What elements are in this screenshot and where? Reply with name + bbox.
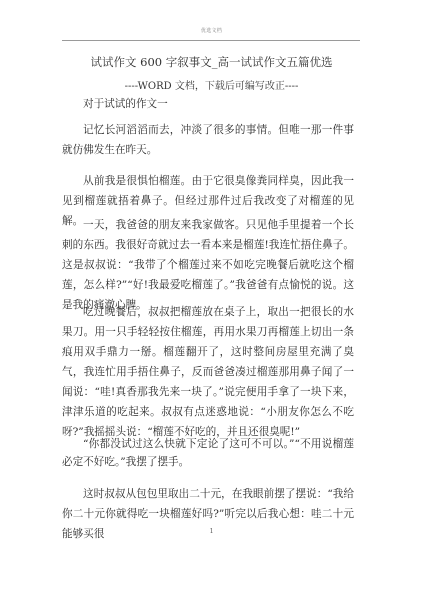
paragraph-3-block: 一天，我爸爸的朋友来我家做客。只见他手里提着一个长刺的东西。我很好奇就过去一看本… — [62, 215, 354, 315]
page-header-label: 优选文档 — [0, 27, 423, 34]
document-subtitle: ----WORD 文档，下载后可编写改正---- — [0, 77, 423, 92]
paragraph: 吃过晚餐后，叔叔把榴莲放在桌子上，取出一把很长的水果刀。用一只手轻轻按住榴莲，再… — [62, 302, 354, 442]
paragraph-6-block: 这时叔叔从包包里取出二十元，在我眼前摆了摆说：“我给你二十元你就得吃一块榴莲好吗… — [62, 484, 354, 544]
paragraph: 记忆长河滔滔而去，冲淡了很多的事情。但唯一那一件事就仿佛发生在昨天。 — [62, 120, 354, 160]
page-number: 1 — [0, 528, 423, 535]
document-page: 优选文档 试试作文 600 字叙事文_高一试试作文五篇优选 ----WORD 文… — [0, 0, 423, 600]
header-divider — [62, 40, 360, 41]
section-heading: 对于试试的作文一 — [83, 96, 168, 111]
paragraph-4-block: 吃过晚餐后，叔叔把榴莲放在桌子上，取出一把很长的水果刀。用一只手轻轻按住榴莲，再… — [62, 302, 354, 442]
paragraph: 一天，我爸爸的朋友来我家做客。只见他手里提着一个长刺的东西。我很好奇就过去一看本… — [62, 215, 354, 315]
document-title: 试试作文 600 字叙事文_高一试试作文五篇优选 — [0, 54, 423, 70]
paragraph-5-block: “你都没试过这么快就下定论了这可不可以。”“不用说榴莲必定不好吃。”我摆了摆手。 — [62, 435, 354, 471]
paragraph: “你都没试过这么快就下定论了这可不可以。”“不用说榴莲必定不好吃。”我摆了摆手。 — [62, 435, 354, 471]
paragraph: 这时叔叔从包包里取出二十元，在我眼前摆了摆说：“我给你二十元你就得吃一块榴莲好吗… — [62, 484, 354, 544]
paragraph-1-block: 记忆长河滔滔而去，冲淡了很多的事情。但唯一那一件事就仿佛发生在昨天。 — [62, 120, 354, 160]
